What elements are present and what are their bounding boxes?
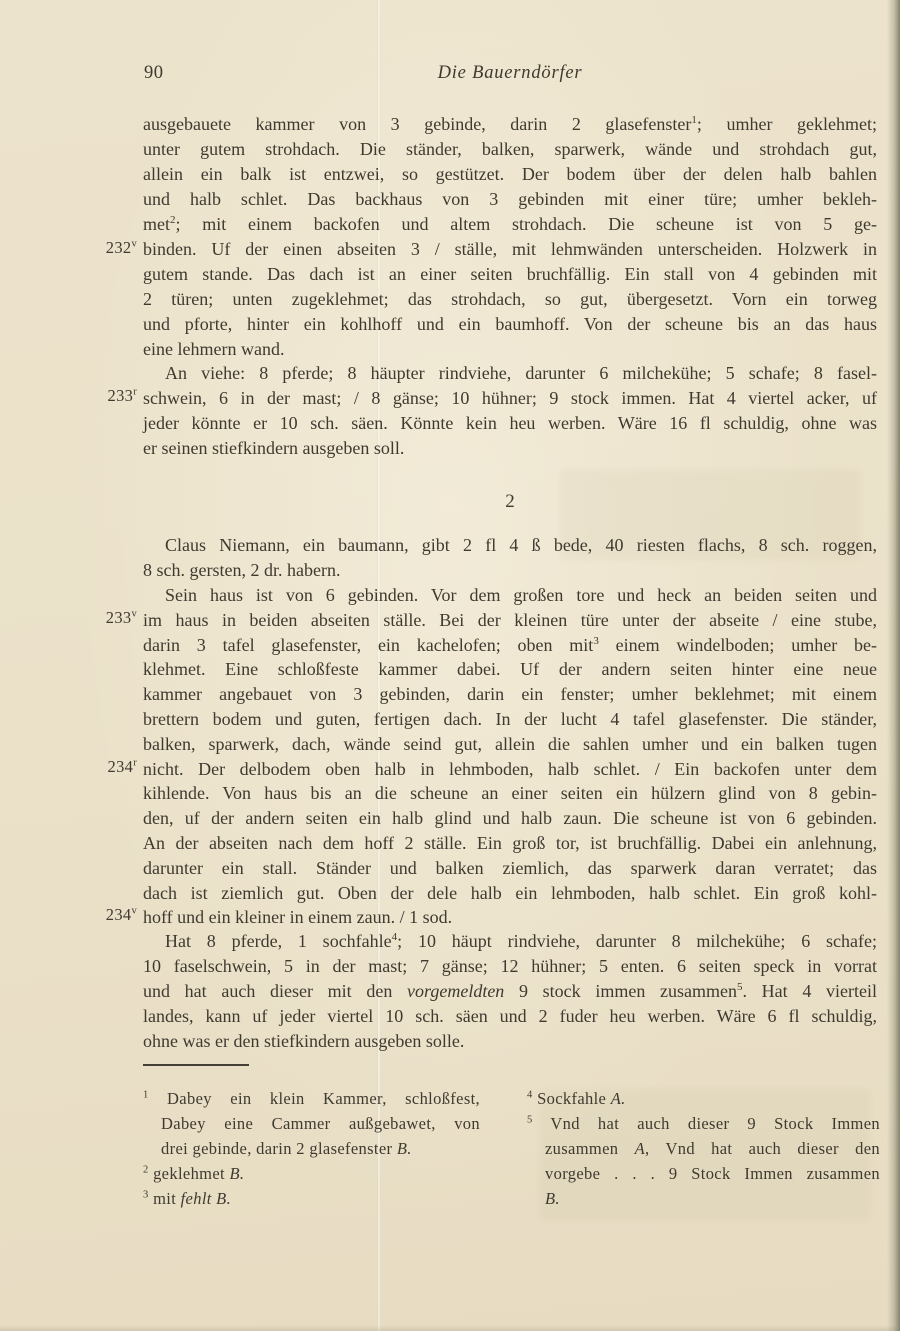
footnote-line: Dabey eine Cammer außgebawet, von xyxy=(161,1111,480,1136)
footnote-column-right: 4 Sockfahle A.5 Vnd hat auch dieser 9 St… xyxy=(527,1086,880,1211)
text-line: binden. Uf der einen abseiten 3 / ställe… xyxy=(143,237,877,262)
footnote-line: 5 Vnd hat auch dieser 9 Stock Immen xyxy=(527,1111,880,1136)
text-line: landes, kann uf jeder viertel 10 sch. sä… xyxy=(143,1004,877,1029)
text-line: und pforte, hinter ein kohlhoff und ein … xyxy=(143,312,877,337)
text-line: darin 3 tafel glasefenster, ein kachelof… xyxy=(143,633,877,658)
text-line: eine lehmern wand. xyxy=(143,337,877,362)
text-line: allein ein balk ist entzwei, so gestütze… xyxy=(143,162,877,187)
text-line: er seinen stiefkindern ausgeben soll. xyxy=(143,436,877,461)
footnote-number: 1 xyxy=(143,1090,149,1101)
folio-margin-note: 233v xyxy=(83,608,137,628)
footnote-line: zusammen A, Vnd hat auch dieser den xyxy=(545,1136,880,1161)
text-line: 10 faselschwein, 5 in der mast; 7 gänse;… xyxy=(143,954,877,979)
text-line: 8 sch. gersten, 2 dr. habern. xyxy=(143,558,877,583)
scan-edge-bottom xyxy=(0,1325,900,1331)
footnote: 2 geklehmet B. xyxy=(143,1161,480,1186)
text-line: balken, sparwerk, dach, wände seind gut,… xyxy=(143,732,877,757)
folio-margin-note: 234r xyxy=(83,757,137,777)
text-line: kihlende. Von haus bis an die scheune an… xyxy=(143,781,877,806)
footnote: 5 Vnd hat auch dieser 9 Stock Immenzusam… xyxy=(527,1111,880,1211)
footnote-number: 3 xyxy=(143,1190,149,1201)
text-line: Sein haus ist von 6 gebinden. Vor dem gr… xyxy=(143,583,877,608)
text-line: ausgebauete kammer von 3 gebinde, darin … xyxy=(143,112,877,137)
text-line: schwein, 6 in der mast; / 8 gänse; 10 hü… xyxy=(143,386,877,411)
text-line: hoff und ein kleiner in einem zaun. / 1 … xyxy=(143,905,877,930)
paragraph: An viehe: 8 pferde; 8 häupter rindviehe,… xyxy=(143,361,877,461)
text-line: unter gutem strohdach. Die ständer, balk… xyxy=(143,137,877,162)
text-line: Claus Niemann, ein baumann, gibt 2 fl 4 … xyxy=(143,533,877,558)
paragraph: Sein haus ist von 6 gebinden. Vor dem gr… xyxy=(143,583,877,930)
text-line: jeder könnte er 10 sch. säen. Könnte kei… xyxy=(143,411,877,436)
book-page: 90 Die Bauerndörfer 232v 233r 233v 234r … xyxy=(0,0,900,1331)
footnote-line: drei gebinde, darin 2 glasefenster B. xyxy=(161,1136,480,1161)
folio-margin-note: 234v xyxy=(83,905,137,925)
paragraph: ausgebauete kammer von 3 gebinde, darin … xyxy=(143,112,877,362)
text-line: Hat 8 pferde, 1 sochfahle4; 10 häupt rin… xyxy=(143,929,877,954)
text-line: ohne was er den stiefkindern ausgeben so… xyxy=(143,1029,877,1054)
footnote-number: 5 xyxy=(527,1115,533,1126)
text-line: dach ist ziemlich gut. Oben der dele hal… xyxy=(143,881,877,906)
footnote-line: 3 mit fehlt B. xyxy=(143,1186,480,1211)
paragraph: Claus Niemann, ein baumann, gibt 2 fl 4 … xyxy=(143,533,877,583)
text-line: An der abseiten nach dem hoff 2 ställe. … xyxy=(143,831,877,856)
text-line: und halb schlet. Das backhaus von 3 gebi… xyxy=(143,187,877,212)
text-line: An viehe: 8 pferde; 8 häupter rindviehe,… xyxy=(143,361,877,386)
running-title: Die Bauerndörfer xyxy=(143,63,877,84)
footnote: 4 Sockfahle A. xyxy=(527,1086,880,1111)
footnote-line: 4 Sockfahle A. xyxy=(527,1086,880,1111)
footnote-number: 4 xyxy=(527,1090,533,1101)
text-line: und hat auch dieser mit den vorgemeldten… xyxy=(143,979,877,1004)
folio-margin-note: 232v xyxy=(83,238,137,258)
footnote-line: 2 geklehmet B. xyxy=(143,1161,480,1186)
paragraph: Hat 8 pferde, 1 sochfahle4; 10 häupt rin… xyxy=(143,929,877,1054)
footnote-separator xyxy=(143,1064,249,1066)
footnote: 1 Dabey ein klein Kammer, schloßfest,Dab… xyxy=(143,1086,480,1161)
footnote: 3 mit fehlt B. xyxy=(143,1186,480,1211)
text-line: met2; mit einem backofen und altem stroh… xyxy=(143,212,877,237)
footnote-line: 1 Dabey ein klein Kammer, schloßfest, xyxy=(143,1086,480,1111)
text-line: gutem stande. Das dach ist an einer seit… xyxy=(143,262,877,287)
text-line: im haus in beiden abseiten ställe. Bei d… xyxy=(143,608,877,633)
text-line: kammer angebauet von 3 gebinden, darin e… xyxy=(143,682,877,707)
text-line: 2 türen; unten zugeklehmet; das strohdac… xyxy=(143,287,877,312)
text-line: brettern bodem und guten, fertigen dach.… xyxy=(143,707,877,732)
text-line: nicht. Der delbodem oben halb in lehmbod… xyxy=(143,757,877,782)
footnote-line: vorgebe . . . 9 Stock Immen zusammen xyxy=(545,1161,880,1186)
footnote-line: B. xyxy=(545,1186,880,1211)
section-heading: 2 xyxy=(143,491,877,513)
text-line: klehmet. Eine schloßfeste kammer dabei. … xyxy=(143,657,877,682)
footnote-column-left: 1 Dabey ein klein Kammer, schloßfest,Dab… xyxy=(143,1086,480,1211)
folio-margin-note: 233r xyxy=(83,386,137,406)
text-line: den, uf der andern seiten ein halb glind… xyxy=(143,806,877,831)
text-line: darunter ein stall. Ständer und balken z… xyxy=(143,856,877,881)
footnote-number: 2 xyxy=(143,1165,149,1176)
scan-edge-right xyxy=(887,0,900,1331)
